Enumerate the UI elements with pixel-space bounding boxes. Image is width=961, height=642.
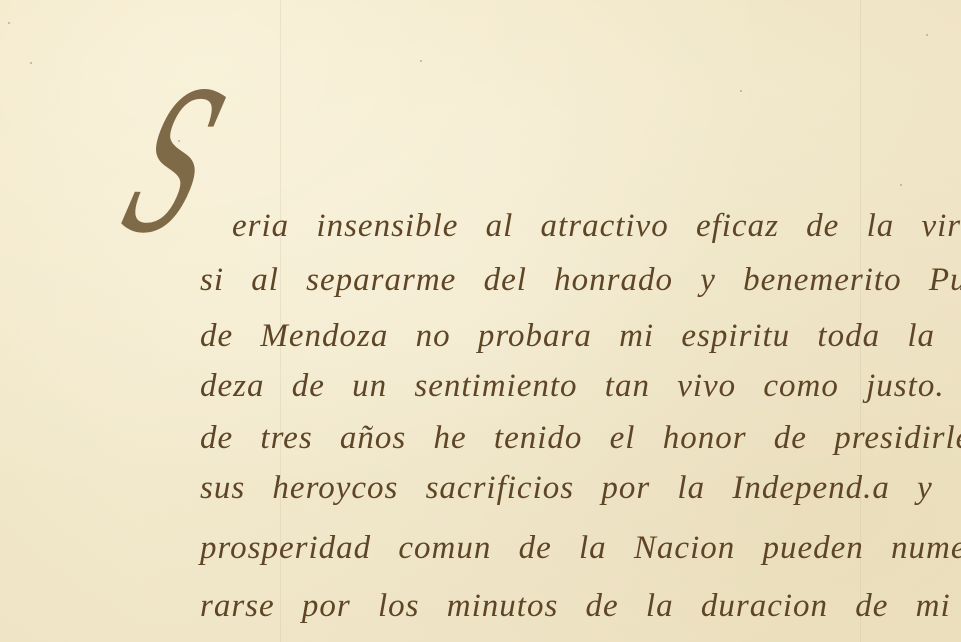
decorative-initial: S: [106, 70, 239, 260]
manuscript-line-5: de tres años he tenido el honor de presi…: [200, 420, 961, 457]
manuscript-line-8: rarse por los minutos de la duracion de …: [200, 588, 951, 625]
manuscript-line-1: eria insensible al atractivo eficaz de l…: [232, 208, 961, 245]
manuscript-text: S eria insensible al atractivo eficaz de…: [0, 0, 961, 642]
manuscript-line-2: si al separarme del honrado y benemerito…: [200, 262, 961, 299]
manuscript-line-4: deza de un sentimiento tan vivo como jus…: [200, 368, 961, 405]
manuscript-line-7: prosperidad comun de la Nacion pueden nu…: [200, 530, 961, 567]
manuscript-line-6: sus heroycos sacrificios por la Independ…: [200, 470, 933, 507]
manuscript-line-3: de Mendoza no probara mi espiritu toda l…: [200, 318, 961, 355]
